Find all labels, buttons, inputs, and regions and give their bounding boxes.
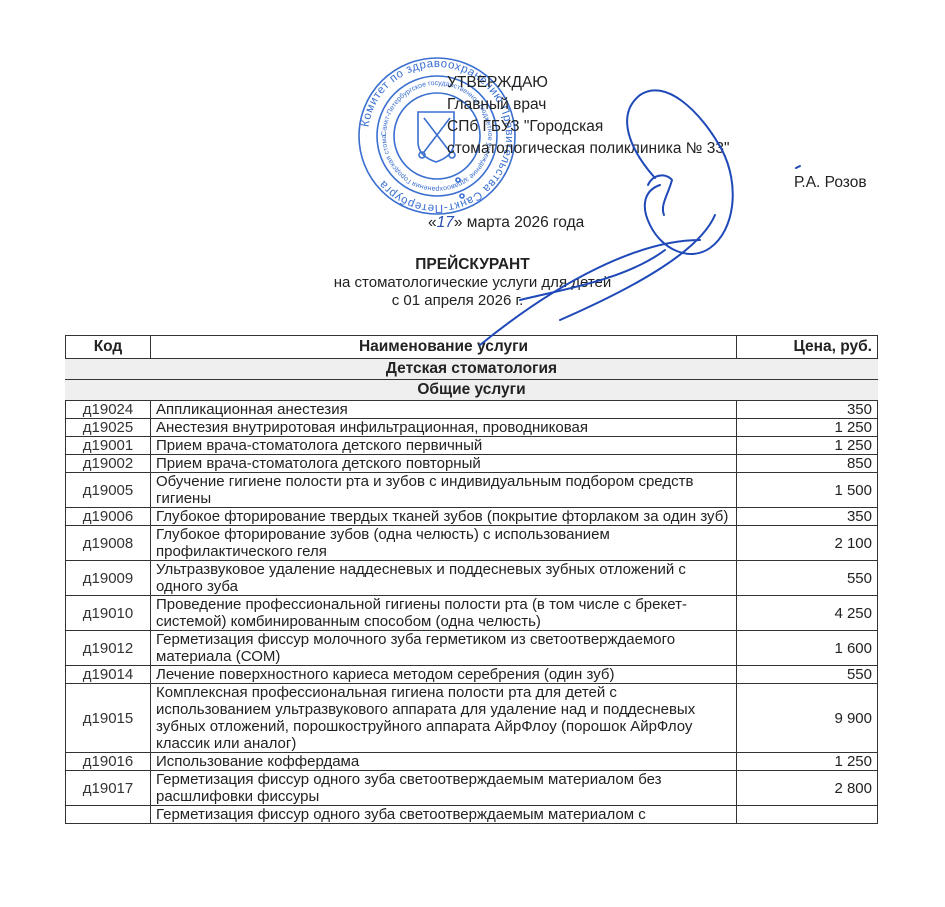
service-code: д19014 [66, 666, 151, 684]
table-row: д19010Проведение профессиональной гигиен… [66, 596, 878, 631]
table-row: д19001Прием врача-стоматолога детского п… [66, 437, 878, 455]
service-code: д19025 [66, 419, 151, 437]
service-price: 1 500 [737, 473, 878, 508]
date-open-quote: « [428, 214, 437, 231]
table-row: д19012Герметизация фиссур молочного зуба… [66, 631, 878, 666]
subsection-row: Общие услуги [66, 380, 878, 401]
service-price: 1 250 [737, 437, 878, 455]
service-name: Герметизация фиссур одного зуба светоотв… [151, 806, 737, 824]
service-price: 350 [737, 508, 878, 526]
table-row: д19009Ультразвуковое удаление наддесневы… [66, 561, 878, 596]
service-price: 350 [737, 401, 878, 419]
document-header: ПРЕЙСКУРАНТ на стоматологические услуги … [0, 256, 945, 310]
service-price: 1 600 [737, 631, 878, 666]
date-rest: » марта 2026 года [454, 214, 584, 231]
table-row: д19025Анестезия внутриротовая инфильтрац… [66, 419, 878, 437]
service-name: Аппликационная анестезия [151, 401, 737, 419]
document-effective-date: с 01 апреля 2026 г. [0, 292, 945, 310]
service-price [737, 806, 878, 824]
service-code: д19002 [66, 455, 151, 473]
table-row: д19002Прием врача-стоматолога детского п… [66, 455, 878, 473]
section-row: Детская стоматология [66, 359, 878, 380]
service-code: д19017 [66, 771, 151, 806]
service-name: Ультразвуковое удаление наддесневых и по… [151, 561, 737, 596]
service-name: Лечение поверхностного кариеса методом с… [151, 666, 737, 684]
service-price: 1 250 [737, 419, 878, 437]
table-row: д19015Комплексная профессиональная гигие… [66, 684, 878, 753]
table-row: д19014Лечение поверхностного кариеса мет… [66, 666, 878, 684]
service-price: 1 250 [737, 753, 878, 771]
service-code: д19012 [66, 631, 151, 666]
svg-text:Санкт-Петербургское государств: Санкт-Петербургское государственное бюдж… [0, 0, 493, 192]
service-price: 2 800 [737, 771, 878, 806]
service-code: д19010 [66, 596, 151, 631]
service-name: Прием врача-стоматолога детского первичн… [151, 437, 737, 455]
service-code [66, 806, 151, 824]
service-code: д19024 [66, 401, 151, 419]
table-row: д19005Обучение гигиене полости рта и зуб… [66, 473, 878, 508]
section-title: Детская стоматология [66, 359, 878, 380]
service-name: Анестезия внутриротовая инфильтрационная… [151, 419, 737, 437]
table-row: д19006Глубокое фторирование твердых ткан… [66, 508, 878, 526]
service-price: 550 [737, 666, 878, 684]
approval-org-line-1: СПб ГБУЗ "Городская [447, 116, 729, 138]
service-code: д19015 [66, 684, 151, 753]
service-price: 2 100 [737, 526, 878, 561]
table-row: Герметизация фиссур одного зуба светоотв… [66, 806, 878, 824]
service-name: Прием врача-стоматолога детского повторн… [151, 455, 737, 473]
service-code: д19001 [66, 437, 151, 455]
service-code: д19009 [66, 561, 151, 596]
header-code: Код [66, 336, 151, 359]
approval-heading: УТВЕРЖДАЮ [447, 72, 729, 94]
header-price: Цена, руб. [737, 336, 878, 359]
price-table: Код Наименование услуги Цена, руб. Детск… [65, 335, 878, 824]
service-name: Проведение профессиональной гигиены поло… [151, 596, 737, 631]
service-name: Использование коффердама [151, 753, 737, 771]
service-price: 850 [737, 455, 878, 473]
service-price: 4 250 [737, 596, 878, 631]
approval-org-line-2: стоматологическая поликлиника № 33" [447, 138, 729, 160]
table-row: д19024Аппликационная анестезия350 [66, 401, 878, 419]
signer-name: Р.А. Розов [794, 174, 867, 192]
service-code: д19005 [66, 473, 151, 508]
table-header-row: Код Наименование услуги Цена, руб. [66, 336, 878, 359]
approval-block: УТВЕРЖДАЮ Главный врач СПб ГБУЗ "Городск… [447, 72, 729, 160]
table-row: д19016Использование коффердама1 250 [66, 753, 878, 771]
table-row: д19008Глубокое фторирование зубов (одна … [66, 526, 878, 561]
table-row: д19017Герметизация фиссур одного зуба св… [66, 771, 878, 806]
service-name: Герметизация фиссур молочного зуба герме… [151, 631, 737, 666]
service-price: 9 900 [737, 684, 878, 753]
service-name: Глубокое фторирование твердых тканей зуб… [151, 508, 737, 526]
approval-position: Главный врач [447, 94, 729, 116]
approval-date: «17» марта 2026 года [428, 214, 584, 232]
service-price: 550 [737, 561, 878, 596]
service-code: д19008 [66, 526, 151, 561]
service-code: д19016 [66, 753, 151, 771]
date-day: 17 [437, 214, 454, 231]
service-name: Герметизация фиссур одного зуба светоотв… [151, 771, 737, 806]
service-code: д19006 [66, 508, 151, 526]
document-title: ПРЕЙСКУРАНТ [0, 256, 945, 274]
service-name: Комплексная профессиональная гигиена пол… [151, 684, 737, 753]
subsection-title: Общие услуги [66, 380, 878, 401]
service-name: Обучение гигиене полости рта и зубов с и… [151, 473, 737, 508]
document-subtitle: на стоматологические услуги для детей [0, 274, 945, 292]
service-name: Глубокое фторирование зубов (одна челюст… [151, 526, 737, 561]
header-name: Наименование услуги [151, 336, 737, 359]
